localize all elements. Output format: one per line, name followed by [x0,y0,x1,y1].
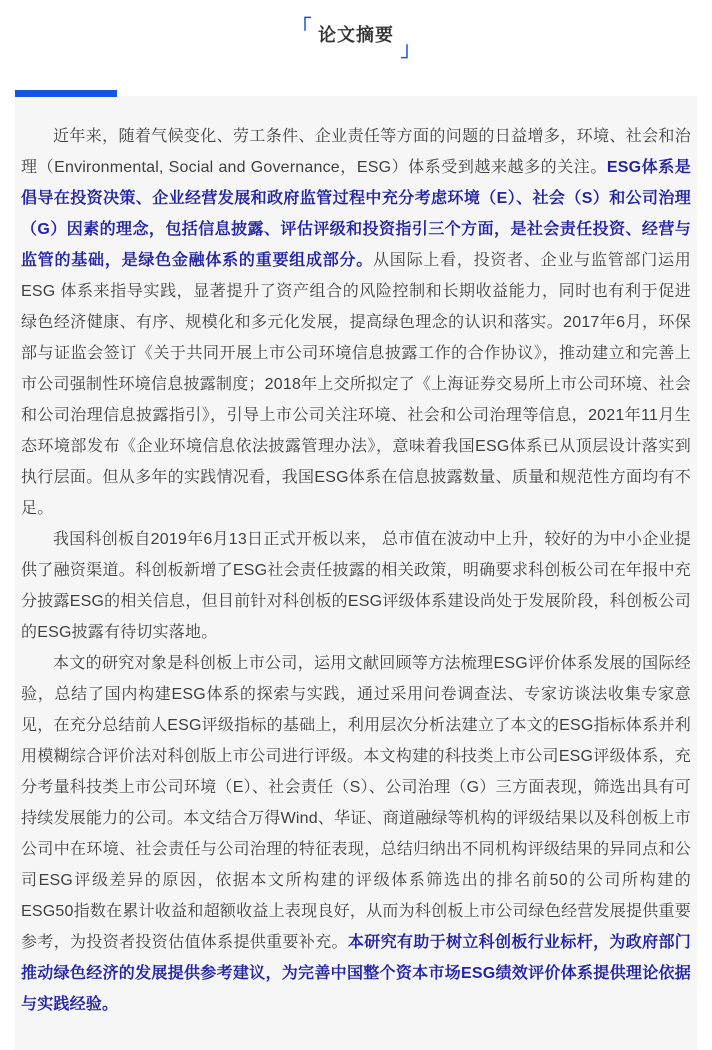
text-run: 我国科创板自2019年6月13日正式开板以来， 总市值在波动中上升，较好的为中小… [21,531,691,641]
page-header: 「 论文摘要 」 [0,0,712,96]
title-left-bracket-icon: 「 [292,18,312,38]
abstract-paragraph: 本文的研究对象是科创板上市公司，运用文献回顾等方法梳理ESG评价体系发展的国际经… [21,648,691,1020]
accent-bar [15,90,117,97]
title-right-bracket-icon: 」 [400,40,420,60]
page-title: 「 论文摘要 」 [292,24,421,47]
abstract-paragraph: 近年来，随着气候变化、劳工条件、企业责任等方面的问题的日益增多，环境、社会和治理… [21,121,691,524]
page-title-text: 论文摘要 [318,24,394,47]
text-run: 本文的研究对象是科创板上市公司，运用文献回顾等方法梳理ESG评价体系发展的国际经… [21,655,691,951]
text-run: 近年来，随着气候变化、劳工条件、企业责任等方面的问题的日益增多，环境、社会和治理… [21,128,691,176]
text-run: 从国际上看，投资者、企业与监管部门运用 ESG 体系来指导实践，显著提升了资产组… [21,252,691,517]
abstract-panel: 近年来，随着气候变化、劳工条件、企业责任等方面的问题的日益增多，环境、社会和治理… [15,96,697,1050]
abstract-paragraph: 我国科创板自2019年6月13日正式开板以来， 总市值在波动中上升，较好的为中小… [21,524,691,648]
abstract-body: 近年来，随着气候变化、劳工条件、企业责任等方面的问题的日益增多，环境、社会和治理… [21,121,691,1020]
